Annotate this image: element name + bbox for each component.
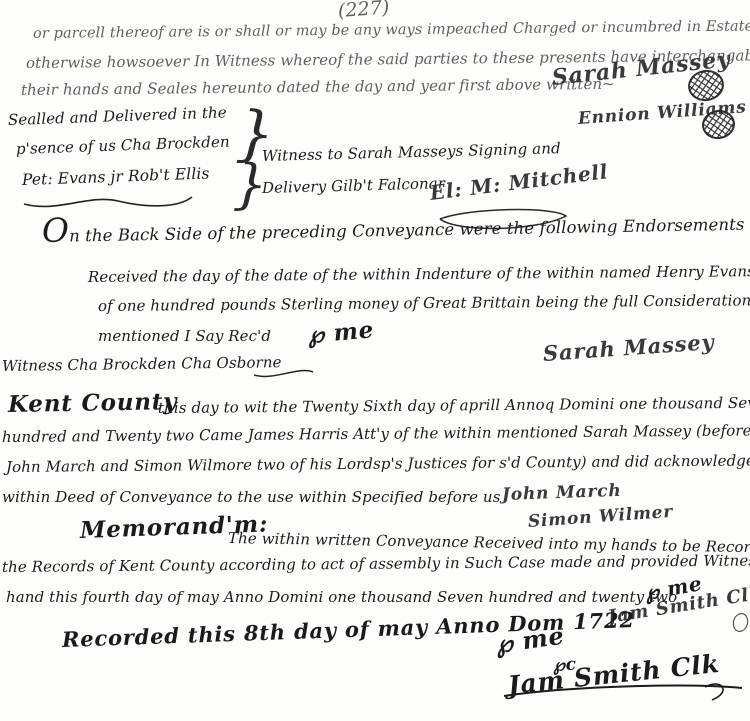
signature-simon-wilmer: Simon Wilmer <box>527 503 673 532</box>
strikethrough-flourish <box>500 676 746 710</box>
underline-flourish <box>18 191 198 213</box>
acknowledgment-line: hundred and Twenty two Came James Harris… <box>2 422 750 445</box>
witnessing-line: Witness to Sarah Masseys Signing and <box>262 140 561 164</box>
swash-flourish <box>252 364 316 382</box>
memorandum-line: hand this fourth day of may Anno Domini … <box>6 589 677 606</box>
signature-sarah-massey: Sarah Massey <box>542 330 715 365</box>
signature-mitchell: El: M: Mitchell <box>429 160 610 204</box>
signature-john-march: John March <box>502 482 622 505</box>
acknowledgment-heading: Kent County <box>8 389 178 417</box>
acknowledgment-line: this day to wit the Twenty Sixth day of … <box>158 395 750 417</box>
receipt-line: of one hundred pounds Sterling money of … <box>98 292 750 315</box>
per-me-mark: ℘ me <box>494 623 566 659</box>
endorsement-heading: On the Back Side of the preceding Convey… <box>42 215 750 246</box>
acknowledgment-line: John March and Simon Wilmore two of his … <box>6 452 750 475</box>
receipt-line: Received the day of the date of the with… <box>88 263 750 286</box>
witnessing-line: Delivery Gilb't Falconar <box>262 175 445 196</box>
conveyance-line: or parcell thereof are is or shall or ma… <box>33 18 750 43</box>
attestation-line: Sealled and Delivered in the <box>8 104 227 128</box>
receipt-line: mentioned I Say Rec'd <box>98 328 271 345</box>
manuscript-page: (227) or parcell thereof are is or shall… <box>0 0 750 721</box>
acknowledgment-line: within Deed of Conveyance to the use wit… <box>2 489 501 506</box>
pen-flourish <box>731 611 750 633</box>
per-me-mark: ℘ me <box>307 317 375 348</box>
page-number: (227) <box>337 0 390 22</box>
attestation-witness-names: Pet: Evans jr Rob't Ellis <box>22 165 210 189</box>
memorandum-line: the Records of Kent County according to … <box>2 552 750 575</box>
conveyance-line: their hands and Seales hereunto dated th… <box>21 76 615 99</box>
attestation-line: p'sence of us Cha Brockden <box>16 134 230 158</box>
receipt-witness-line: Witness Cha Brockden Cha Osborne <box>2 354 282 374</box>
